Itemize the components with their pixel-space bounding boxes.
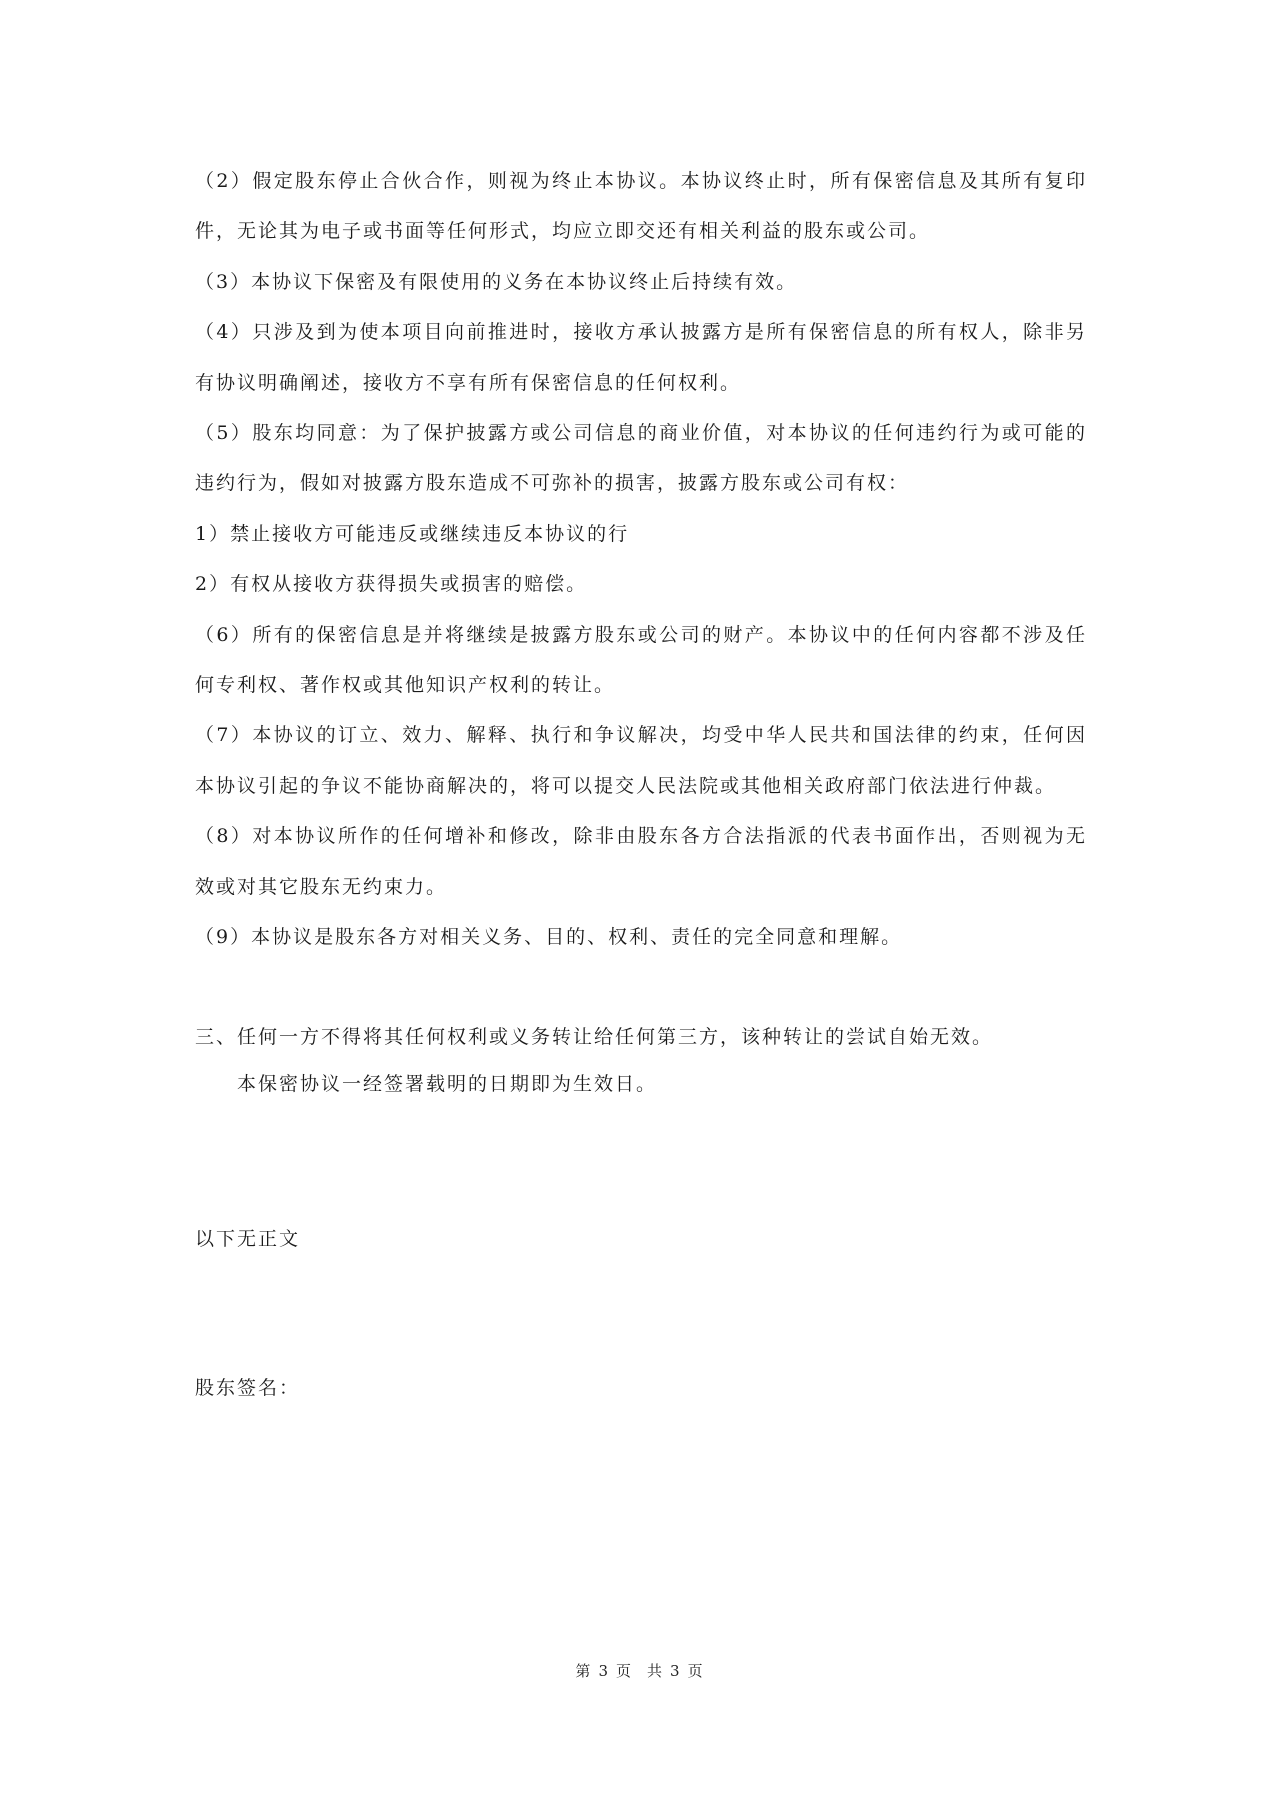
page-footer: 第3页共3页 bbox=[0, 1660, 1280, 1681]
document-page: （2）假定股东停止合伙合作，则视为终止本协议。本协议终止时，所有保密信息及其所有… bbox=[0, 0, 1280, 1810]
clause-2: （2）假定股东停止合伙合作，则视为终止本协议。本协议终止时，所有保密信息及其所有… bbox=[195, 156, 1087, 257]
shareholder-signature-label: 股东签名： bbox=[195, 1376, 300, 1400]
clause-8: （8）对本协议所作的任何增补和修改，除非由股东各方合法指派的代表书面作出，否则视… bbox=[195, 811, 1087, 912]
clause-5: （5）股东均同意：为了保护披露方或公司信息的商业价值，对本协议的任何违约行为或可… bbox=[195, 408, 1087, 509]
total-prefix: 共 bbox=[647, 1660, 664, 1681]
clause-6: （6）所有的保密信息是并将继续是披露方股东或公司的财产。本协议中的任何内容都不涉… bbox=[195, 610, 1087, 711]
clause-7: （7）本协议的订立、效力、解释、执行和争议解决，均受中华人民共和国法律的约束，任… bbox=[195, 710, 1087, 811]
page-prefix: 第 bbox=[575, 1660, 592, 1681]
total-suffix: 页 bbox=[688, 1660, 705, 1681]
clause-4: （4）只涉及到为使本项目向前推进时，接收方承认披露方是所有保密信息的所有权人，除… bbox=[195, 307, 1087, 408]
effective-date-statement: 本保密协议一经签署载明的日期即为生效日。 bbox=[195, 1061, 1087, 1108]
section-three-heading: 三、任何一方不得将其任何权利或义务转让给任何第三方，该种转让的尝试自始无效。 bbox=[195, 1014, 1087, 1061]
section-three: 三、任何一方不得将其任何权利或义务转让给任何第三方，该种转让的尝试自始无效。 本… bbox=[195, 1014, 1087, 1108]
clause-5-item-2: 2）有权从接收方获得损失或损害的赔偿。 bbox=[195, 559, 1087, 609]
total-pages-number: 3 bbox=[670, 1662, 682, 1680]
page-suffix: 页 bbox=[616, 1660, 633, 1681]
current-page-number: 3 bbox=[598, 1662, 610, 1680]
clause-5-item-1: 1）禁止接收方可能违反或继续违反本协议的行 bbox=[195, 509, 1087, 559]
clause-9: （9）本协议是股东各方对相关义务、目的、权利、责任的完全同意和理解。 bbox=[195, 912, 1087, 962]
clause-3: （3）本协议下保密及有限使用的义务在本协议终止后持续有效。 bbox=[195, 257, 1087, 307]
agreement-clauses: （2）假定股东停止合伙合作，则视为终止本协议。本协议终止时，所有保密信息及其所有… bbox=[195, 156, 1087, 963]
no-further-text-note: 以下无正文 bbox=[195, 1227, 300, 1251]
